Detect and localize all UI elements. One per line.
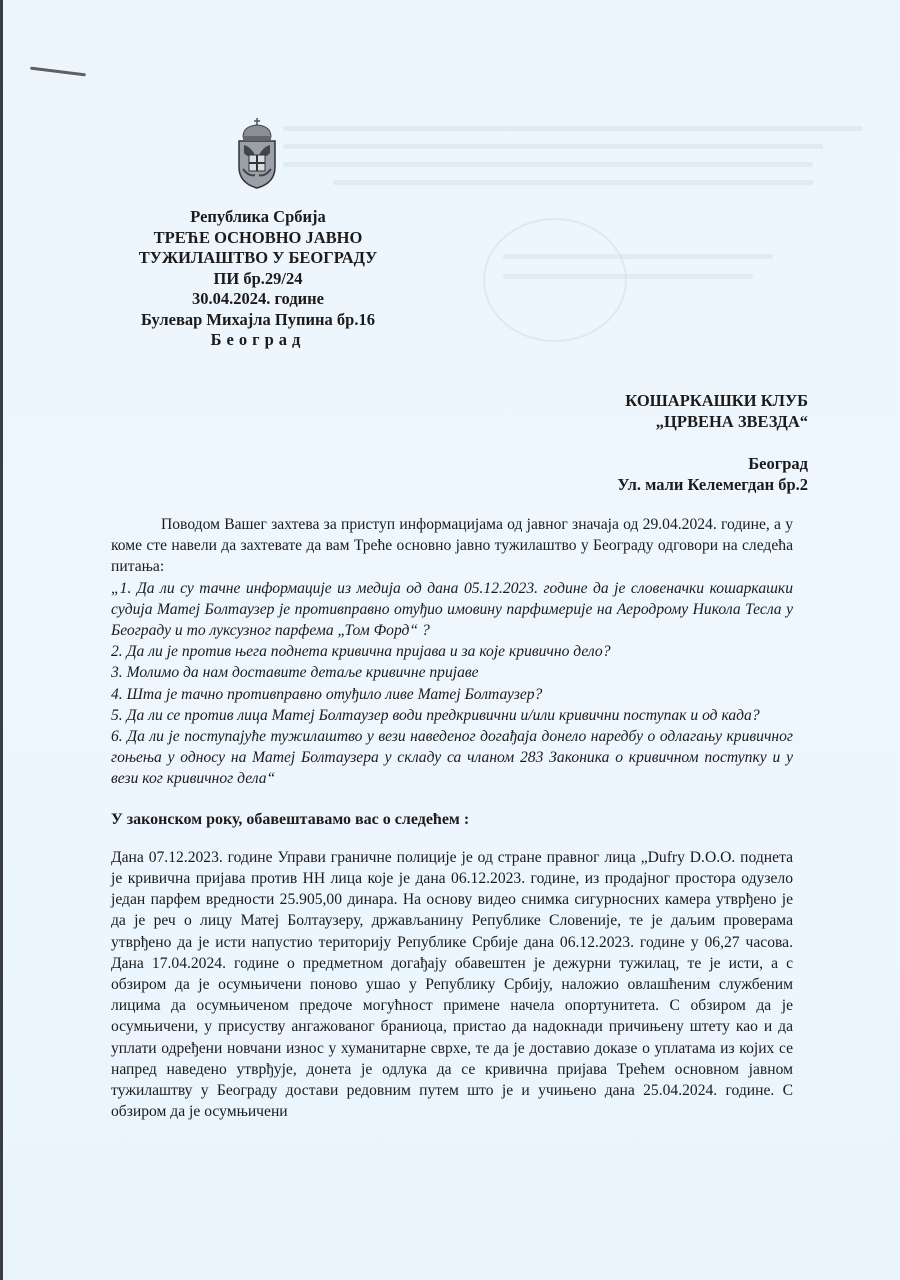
- recipient-city: Београд: [617, 454, 808, 475]
- recipient-name-line1: КОШАРКАШКИ КЛУБ: [617, 391, 808, 412]
- bleed-through-line: [283, 144, 823, 149]
- sender-address: Булевар Михајла Пупина бр.16: [103, 310, 413, 331]
- serbia-coat-of-arms-icon: [235, 117, 279, 189]
- document-page: Република Србија ТРЕЋЕ ОСНОВНО ЈАВНО ТУЖ…: [0, 0, 900, 1280]
- sender-institution-line1: ТРЕЋЕ ОСНОВНО ЈАВНО: [103, 228, 413, 249]
- question-4: 4. Шта је тачно противправно отуђило лив…: [111, 684, 793, 705]
- reference-number: ПИ бр.29/24: [103, 269, 413, 290]
- recipient-name-line2: „ЦРВЕНА ЗВЕЗДА“: [617, 412, 808, 433]
- bleed-through-line: [283, 126, 863, 131]
- bleed-through-line: [333, 180, 813, 185]
- intro-paragraph: Поводом Вашег захтева за приступ информа…: [111, 514, 793, 578]
- sender-country: Република Србија: [103, 207, 413, 228]
- bleed-through-stamp: [483, 218, 627, 342]
- question-5: 5. Да ли се против лица Матеј Болтаузер …: [111, 705, 793, 726]
- document-date: 30.04.2024. године: [103, 289, 413, 310]
- sender-header: Република Србија ТРЕЋЕ ОСНОВНО ЈАВНО ТУЖ…: [103, 207, 413, 351]
- bleed-through-line: [283, 162, 813, 167]
- response-paragraph: Дана 07.12.2023. године Управи граничне …: [111, 847, 793, 1123]
- sender-institution-line2: ТУЖИЛАШТВО У БЕОГРАДУ: [103, 248, 413, 269]
- recipient-address: Ул. мали Келемегдан бр.2: [617, 475, 808, 496]
- question-1: „1. Да ли су тачне информације из медија…: [111, 578, 793, 642]
- letter-body: Поводом Вашег захтева за приступ информа…: [111, 514, 793, 1122]
- question-6: 6. Да ли је поступајуће тужилаштво у вез…: [111, 726, 793, 790]
- recipient-block: КОШАРКАШКИ КЛУБ „ЦРВЕНА ЗВЕЗДА“ Београд …: [617, 391, 808, 495]
- question-3: 3. Молимо да нам доставите детаље кривич…: [111, 662, 793, 683]
- scan-pen-mark: [30, 67, 86, 77]
- section-title: У законском року, обавештавамо вас о сле…: [111, 809, 793, 830]
- sender-city: Београд: [103, 330, 413, 351]
- question-2: 2. Да ли је против њега поднета кривична…: [111, 641, 793, 662]
